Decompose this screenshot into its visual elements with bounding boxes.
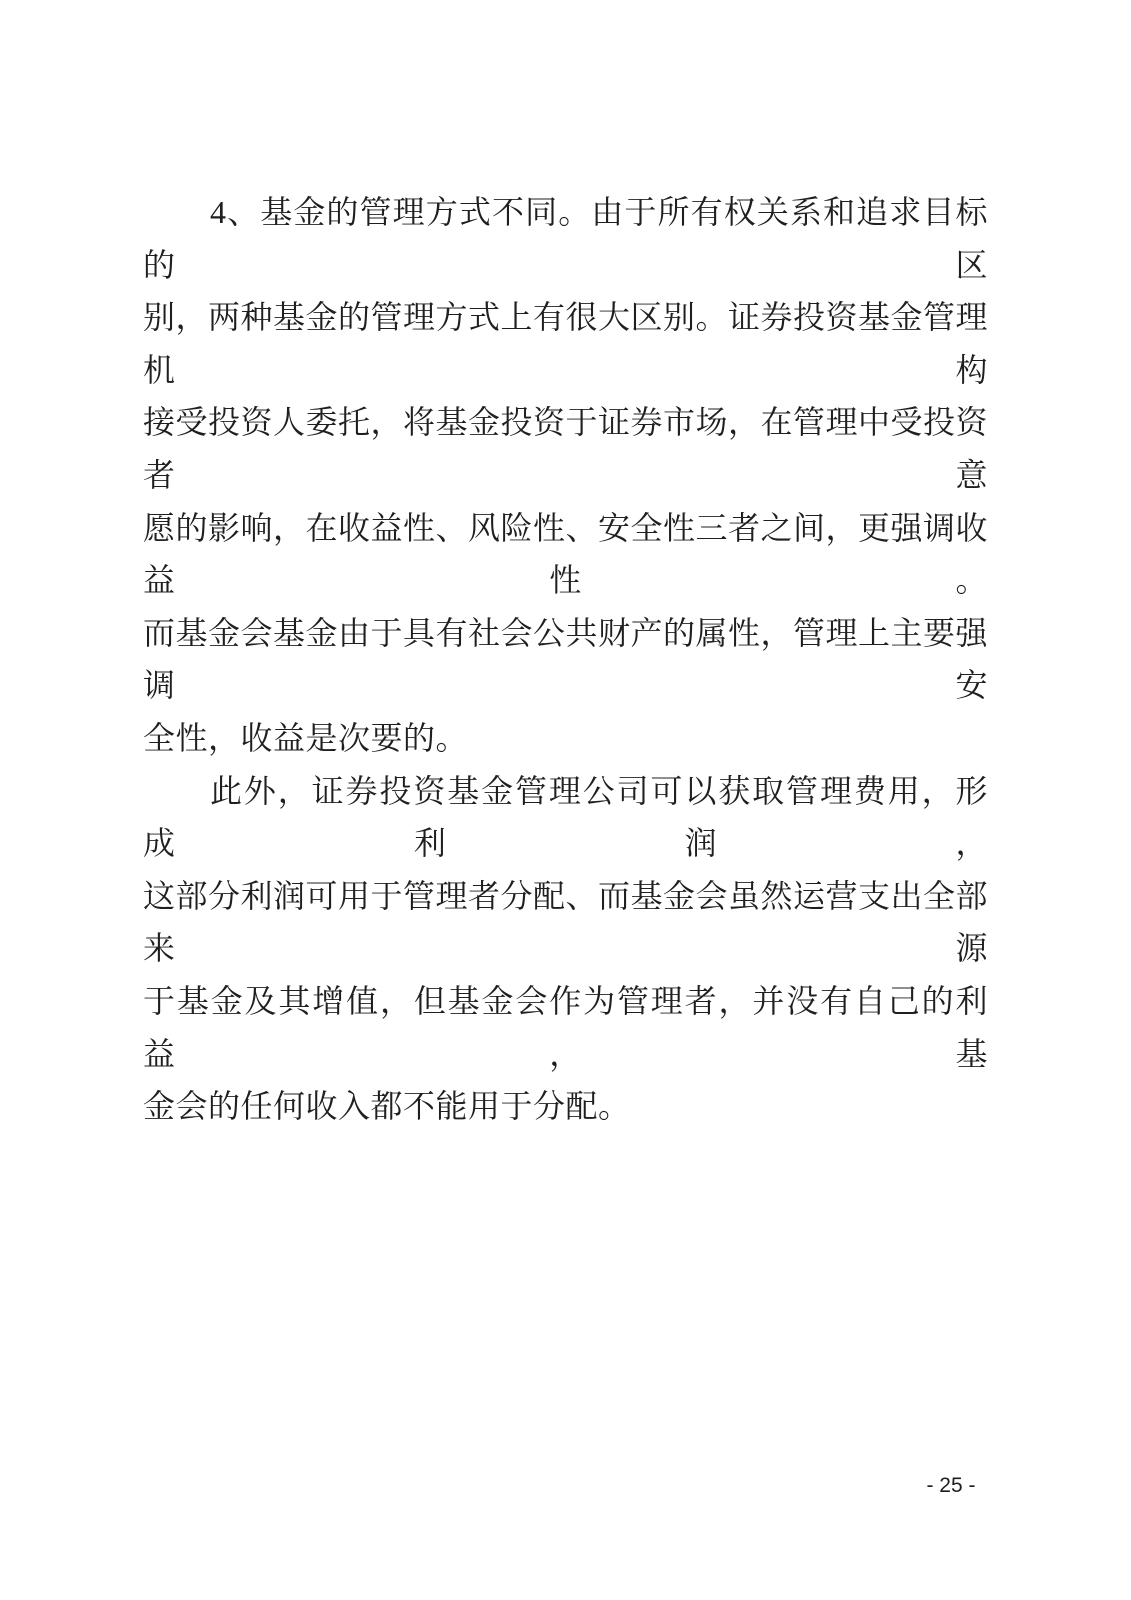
text-line: 而基金会基金由于具有社会公共财产的属性，管理上主要强调安 [143, 607, 988, 712]
text-line: 于基金及其增值，但基金会作为管理者，并没有自己的利益，基 [143, 975, 988, 1080]
text-line: 全性，收益是次要的。 [143, 712, 988, 765]
text-line: 这部分利润可用于管理者分配、而基金会虽然运营支出全部来源 [143, 870, 988, 975]
paragraph: 此外，证券投资基金管理公司可以获取管理费用，形成利润， 这部分利润可用于管理者分… [143, 765, 988, 1133]
text-line: 此外，证券投资基金管理公司可以获取管理费用，形成利润， [143, 765, 988, 870]
text-line: 愿的影响，在收益性、风险性、安全性三者之间，更强调收益性。 [143, 502, 988, 607]
text-line: 4、基金的管理方式不同。由于所有权关系和追求目标的区 [143, 186, 988, 291]
paragraph: 4、基金的管理方式不同。由于所有权关系和追求目标的区 别，两种基金的管理方式上有… [143, 186, 988, 765]
page-body-text: 4、基金的管理方式不同。由于所有权关系和追求目标的区 别，两种基金的管理方式上有… [143, 186, 988, 1133]
document-page: 4、基金的管理方式不同。由于所有权关系和追求目标的区 别，两种基金的管理方式上有… [0, 0, 1131, 1600]
text-line: 别，两种基金的管理方式上有很大区别。证券投资基金管理机构 [143, 291, 988, 396]
text-line: 接受投资人委托，将基金投资于证券市场，在管理中受投资者意 [143, 396, 988, 501]
text-line: 金会的任何收入都不能用于分配。 [143, 1080, 988, 1133]
page-number: - 25 - [903, 1474, 999, 1498]
